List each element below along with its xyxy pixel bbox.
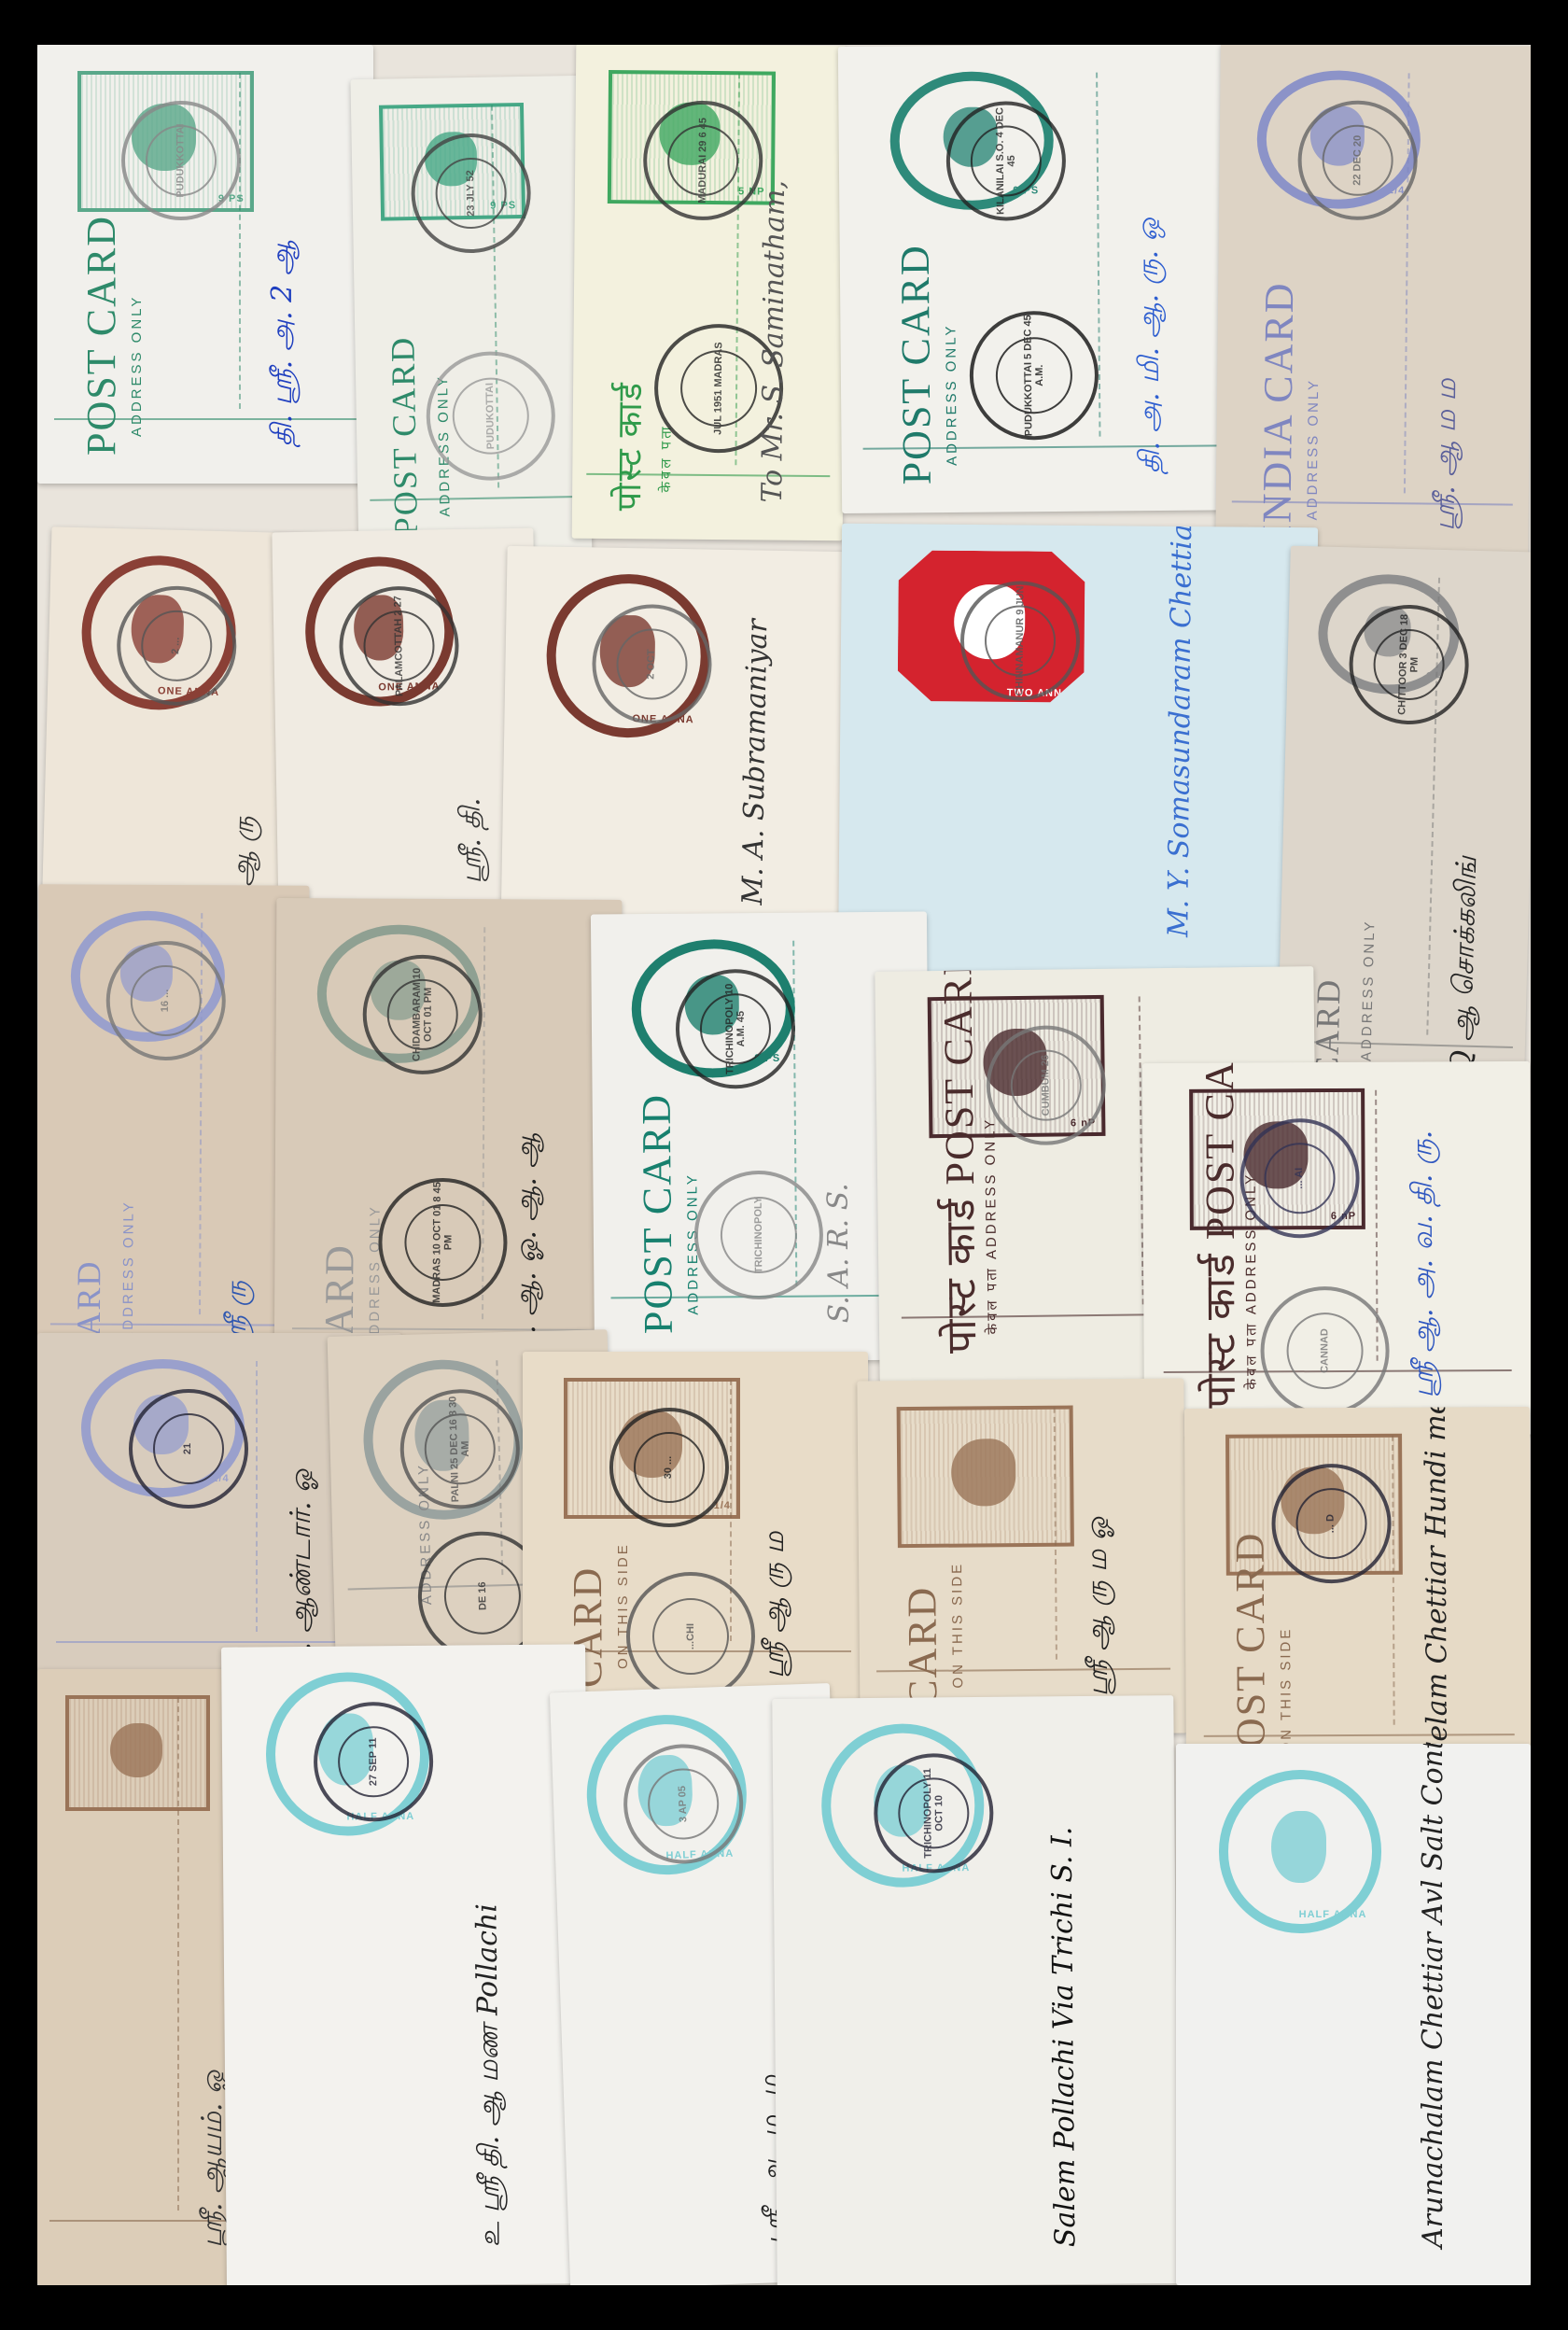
postmark-1: PUDUKKOTTAI (121, 101, 241, 220)
postmark-text: 2 OCT (646, 649, 658, 680)
postcard-c3: 5 NPपोस्ट कार्डकेवल पताMADURAI 29 6 45JU… (572, 45, 847, 540)
envelope-e4: TWO ANNASCHINNAMANUR 9 JUNM. Y. Somasund… (838, 524, 1318, 976)
address-only-label: ADDRESS ONLY (944, 323, 960, 466)
postmark-1: CUMBUM 26 (986, 1025, 1107, 1146)
postcard-c5: 1/4INDIA CARDADDRESS ONLY22 DEC 20ஸ்ரீ. … (1215, 45, 1531, 569)
handwritten-address: Salem Pollachi Via Trichi S. I. (1046, 1827, 1083, 2248)
handwritten-address: த. ஆண்டார். ஓ (285, 1469, 321, 1669)
postmark-text: CUMBUM 26 (1040, 1055, 1052, 1116)
postmark-text: CANNAD (1319, 1328, 1330, 1373)
handwritten-address: ஸ்ரீ. தி. (455, 797, 493, 884)
postmark-2: PUDUKKOTTAI 5 DEC 45 A.M. (969, 311, 1099, 441)
address-dashed-line (177, 1697, 179, 2211)
postcard-collection-photo: 9 PSPOST CARDADDRESS ONLYPUDUKKOTTAIதி. … (37, 45, 1531, 2285)
divider-line (56, 1641, 384, 1643)
postmark-text: CHIDAMBARAM 10 OCT 01 PM (411, 959, 434, 1071)
postmark-1: TRICHINOPOLY 11 OCT 10 (873, 1753, 993, 1874)
postcard-f4: CARDON THIS SIDEஸ்ரீ ஆ ரு ம ஓ (857, 1378, 1186, 1735)
handwritten-address: உ ஸ்ரீ தி. ஆ மண Pollachi (471, 1903, 511, 2247)
postmark-1: ... D (1271, 1464, 1392, 1584)
handwritten-address: ஸ்ரீ ஆ ரு ம (758, 1531, 794, 1678)
postmark-1: 21 (129, 1389, 248, 1509)
postmark-text: TRICHINOPOLY 10 A.M. 45 (723, 973, 747, 1085)
address-only-label: ADDRESS ONLY (129, 295, 145, 437)
monarch-portrait-icon (951, 1439, 1015, 1506)
address-only-label: केवल पता (656, 424, 676, 492)
monarch-portrait-icon (110, 1723, 162, 1777)
postcard-e5: 1/4CARDADDRESS ONLYCHITTOOR 3 DEC 18 PMQ… (1276, 546, 1531, 1113)
stamp-icon: HALF ANNA (1219, 1770, 1382, 1933)
handwritten-address: Q ஆ சொக்கலிங் (1445, 856, 1487, 1074)
handwritten-address: தி. ஆ. ஓ. ஆ. ஆ (509, 1132, 546, 1356)
address-only-label: केवल पता ADDRESS ONLY (981, 1117, 1002, 1335)
postmark-1: MADURAI 29 6 45 (642, 100, 763, 220)
postmark-text: PALNI 25 DEC 16 8 30 AM (447, 1393, 472, 1506)
card-title: पोस्ट कार्ड (605, 381, 651, 512)
divider-line (1203, 1733, 1514, 1737)
postmark-text: ... D (1325, 1514, 1337, 1533)
postmark-1: KILANILAI S.O. 4 DEC 45 (945, 101, 1066, 221)
postmark-text: 2 ... (171, 637, 182, 654)
postmark-text: ... AI (1294, 1168, 1305, 1189)
postmark-text: PUDUKOTTAI (484, 383, 497, 449)
postmark-1: 27 SEP 11 (313, 1702, 433, 1822)
postmark-1: 16 ... (105, 941, 226, 1061)
envelope-e2: ONE ANNAPALAMCOTTAH 2 27ஸ்ரீ. தி. (272, 528, 539, 925)
postmark-1: PALAMCOTTAH 2 27 (338, 585, 459, 707)
postmark-1: ... AI (1239, 1118, 1360, 1239)
address-only-label: ADDRESS ONLY (1358, 919, 1378, 1061)
postmark-text: ...CHI (685, 1622, 696, 1649)
handwritten-address: ஸ்ரீ. ஆ ம ம (1428, 378, 1466, 531)
stamp-icon (897, 1406, 1074, 1548)
postmark-2: ...CHI (626, 1572, 755, 1701)
envelope-g2: HALF ANNA27 SEP 11உ ஸ்ரீ தி. ஆ மண Pollac… (221, 1644, 591, 2285)
postmark-2: CANNAD (1260, 1286, 1390, 1416)
handwritten-address: To Mr. S. Saminatham, (756, 180, 791, 503)
card-title: POST CARD (383, 336, 426, 537)
postmark-text: 23 JLY 52 (465, 170, 477, 217)
postmark-text: 21 (183, 1443, 194, 1454)
postcard-c2: 9 PSPOST CARDADDRESS ONLY23 JLY 52PUDUKO… (350, 76, 592, 565)
postmark-text: PUDUKKOTTAI (175, 123, 187, 197)
envelope-e3: ONE ANNA2 OCTM. A. Subramaniyar (500, 546, 852, 944)
postmark-text: TRICHINOPOLY (753, 1197, 765, 1273)
postmark-text: 16 ... (160, 990, 171, 1013)
address-dashed-line (256, 1361, 258, 1632)
handwritten-address: ஸ்ரீ ஆ ரு ம ஓ (1081, 1517, 1119, 1697)
monarch-portrait-icon (1271, 1811, 1326, 1883)
divider-line (54, 418, 357, 420)
postmark-text: 3 AP 05 (677, 1786, 689, 1823)
address-only-label: ADDRESS ONLY (1305, 378, 1323, 521)
postcard-d5: 6 nPपोस्ट कार्ड POST CARDकेवल पता ADDRES… (1142, 1061, 1531, 1437)
postmark-text: MADRAS 10 OCT 01 8 45 PM (431, 1181, 455, 1302)
postmark-text: CHINNAMANUR 9 JUN (1014, 585, 1026, 695)
postmark-text: JUL 1951 MADRAS (713, 342, 725, 435)
handwritten-address: ஸ்ரீ ஆ. அ. வ. தி. ரு. (1407, 1130, 1445, 1398)
card-title: पोस्ट कार्ड POST CARD (927, 966, 987, 1354)
postcard-d1: CARDADDRESS ONLY16 ...ஸ்ரீ ரு (37, 884, 309, 1390)
envelope-g4: HALF ANNATRICHINOPOLY 11 OCT 10Salem Pol… (772, 1695, 1178, 2285)
postmark-text: TRICHINOPOLY 11 OCT 10 (921, 1757, 945, 1869)
postmark-text: MADURAI 29 6 45 (696, 118, 708, 204)
stamp-value: HALF ANNA (1299, 1909, 1367, 1920)
handwritten-address: S. A. R. S. (821, 1183, 855, 1323)
postmark-1: CHIDAMBARAM 10 OCT 01 PM (362, 955, 483, 1075)
address-dashed-line (239, 73, 241, 409)
postcard-d2: CARDADDRESS ONLYCHIDAMBARAM 10 OCT 01 PM… (274, 898, 623, 1395)
handwritten-address: Arunachalam Chettiar Avl Salt Contractor… (1417, 1744, 1449, 2248)
handwritten-address: ஆ ரு (227, 816, 265, 887)
card-title: पोस्ट कार्ड POST CARD (1188, 1061, 1246, 1409)
postmark-1: 22 DEC 20 (1297, 100, 1418, 220)
postmark-text: CHITTOOR 3 DEC 18 PM (1396, 609, 1421, 722)
postmark-text: 22 DEC 20 (1351, 135, 1364, 186)
postmark-1: CHINNAMANUR 9 JUN (959, 581, 1080, 701)
postmark-text: PALAMCOTTAH 2 27 (393, 596, 406, 696)
postmark-1: 23 JLY 52 (410, 133, 531, 254)
postmark-1: 30 ... (609, 1408, 729, 1527)
handwritten-address: தி. அ. மி. ஆ. ரு. ஒ (1131, 218, 1169, 473)
envelope-g5: HALF ANNAArunachalam Chettiar Avl Salt C… (1176, 1744, 1531, 2285)
postmark-text: KILANILAI S.O. 4 DEC 45 (994, 105, 1017, 217)
handwritten-address: Eelam Chettiar Hundi merchant Pattukotta… (1418, 1407, 1453, 1762)
postmark-2: TRICHINOPOLY (693, 1170, 823, 1299)
postmark-text: 30 ... (664, 1456, 675, 1479)
postmark-text: PUDUKKOTTAI 5 DEC 45 A.M. (1022, 315, 1045, 436)
postmark-2: MADRAS 10 OCT 01 8 45 PM (378, 1177, 508, 1307)
address-only-label: ADDRESS ONLY (120, 1200, 137, 1342)
handwritten-address: M. Y. Somasundaram Chettiar Avl ...rs Ro… (1162, 524, 1201, 937)
handwritten-address: தி. ஸ்ரீ. அ. 2 ஆ (266, 240, 302, 446)
postcard-c4: 9 PSPOST CARDADDRESS ONLYKILANILAI S.O. … (838, 45, 1271, 513)
postmark-2: PUDUKOTTAI (426, 350, 556, 481)
postmark-text: 27 SEP 11 (367, 1737, 378, 1786)
card-title: CARD (898, 1585, 946, 1707)
handwritten-address: M. A. Subramaniyar (736, 619, 774, 905)
stamp-icon (65, 1695, 210, 1811)
postcard-c1: 9 PSPOST CARDADDRESS ONLYPUDUKKOTTAIதி. … (37, 45, 373, 484)
postmark-1: TRICHINOPOLY 10 A.M. 45 (675, 969, 795, 1089)
postmark-text: DE 16 (477, 1581, 489, 1610)
postcard-f5: POST CARDON THIS SIDE... DEelam Chettiar… (1184, 1407, 1531, 1801)
